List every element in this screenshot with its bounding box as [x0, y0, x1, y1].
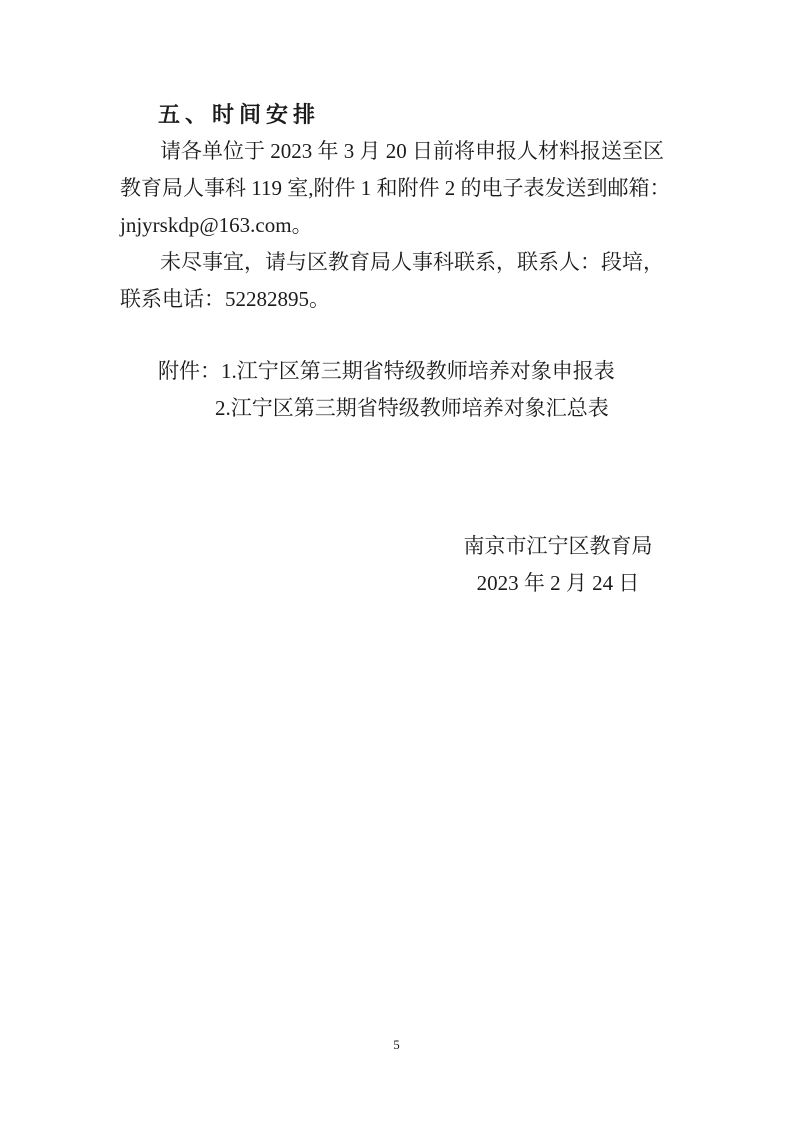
page-number: 5: [0, 1036, 793, 1054]
signature-organization: 南京市江宁区教育局: [418, 528, 698, 565]
document-page: 五、时间安排 请各单位于 2023 年 3 月 20 日前将申报人材料报送至区 …: [0, 0, 793, 1122]
attachments-list: 附件：1.江宁区第三期省特级教师培养对象申报表 2.江宁区第三期省特级教师培养对…: [120, 353, 680, 427]
body-paragraphs: 请各单位于 2023 年 3 月 20 日前将申报人材料报送至区 教育局人事科 …: [120, 133, 680, 318]
paragraph1-line3-email: jnjyrskdp@163.com。: [120, 207, 680, 244]
paragraph2-line2-phone: 联系电话：52282895。: [120, 281, 680, 318]
section-heading: 五、时间安排: [158, 96, 320, 133]
signature-block: 南京市江宁区教育局 2023 年 2 月 24 日: [418, 528, 698, 602]
paragraph1-line2: 教育局人事科 119 室,附件 1 和附件 2 的电子表发送到邮箱：: [120, 170, 680, 207]
paragraph2-line1: 未尽事宜，请与区教育局人事科联系，联系人：段培，: [120, 244, 680, 281]
signature-date: 2023 年 2 月 24 日: [418, 565, 698, 602]
paragraph1-line1: 请各单位于 2023 年 3 月 20 日前将申报人材料报送至区: [120, 133, 680, 170]
attachment-item-2: 2.江宁区第三期省特级教师培养对象汇总表: [120, 390, 680, 427]
attachment-item-1: 附件：1.江宁区第三期省特级教师培养对象申报表: [120, 353, 680, 390]
